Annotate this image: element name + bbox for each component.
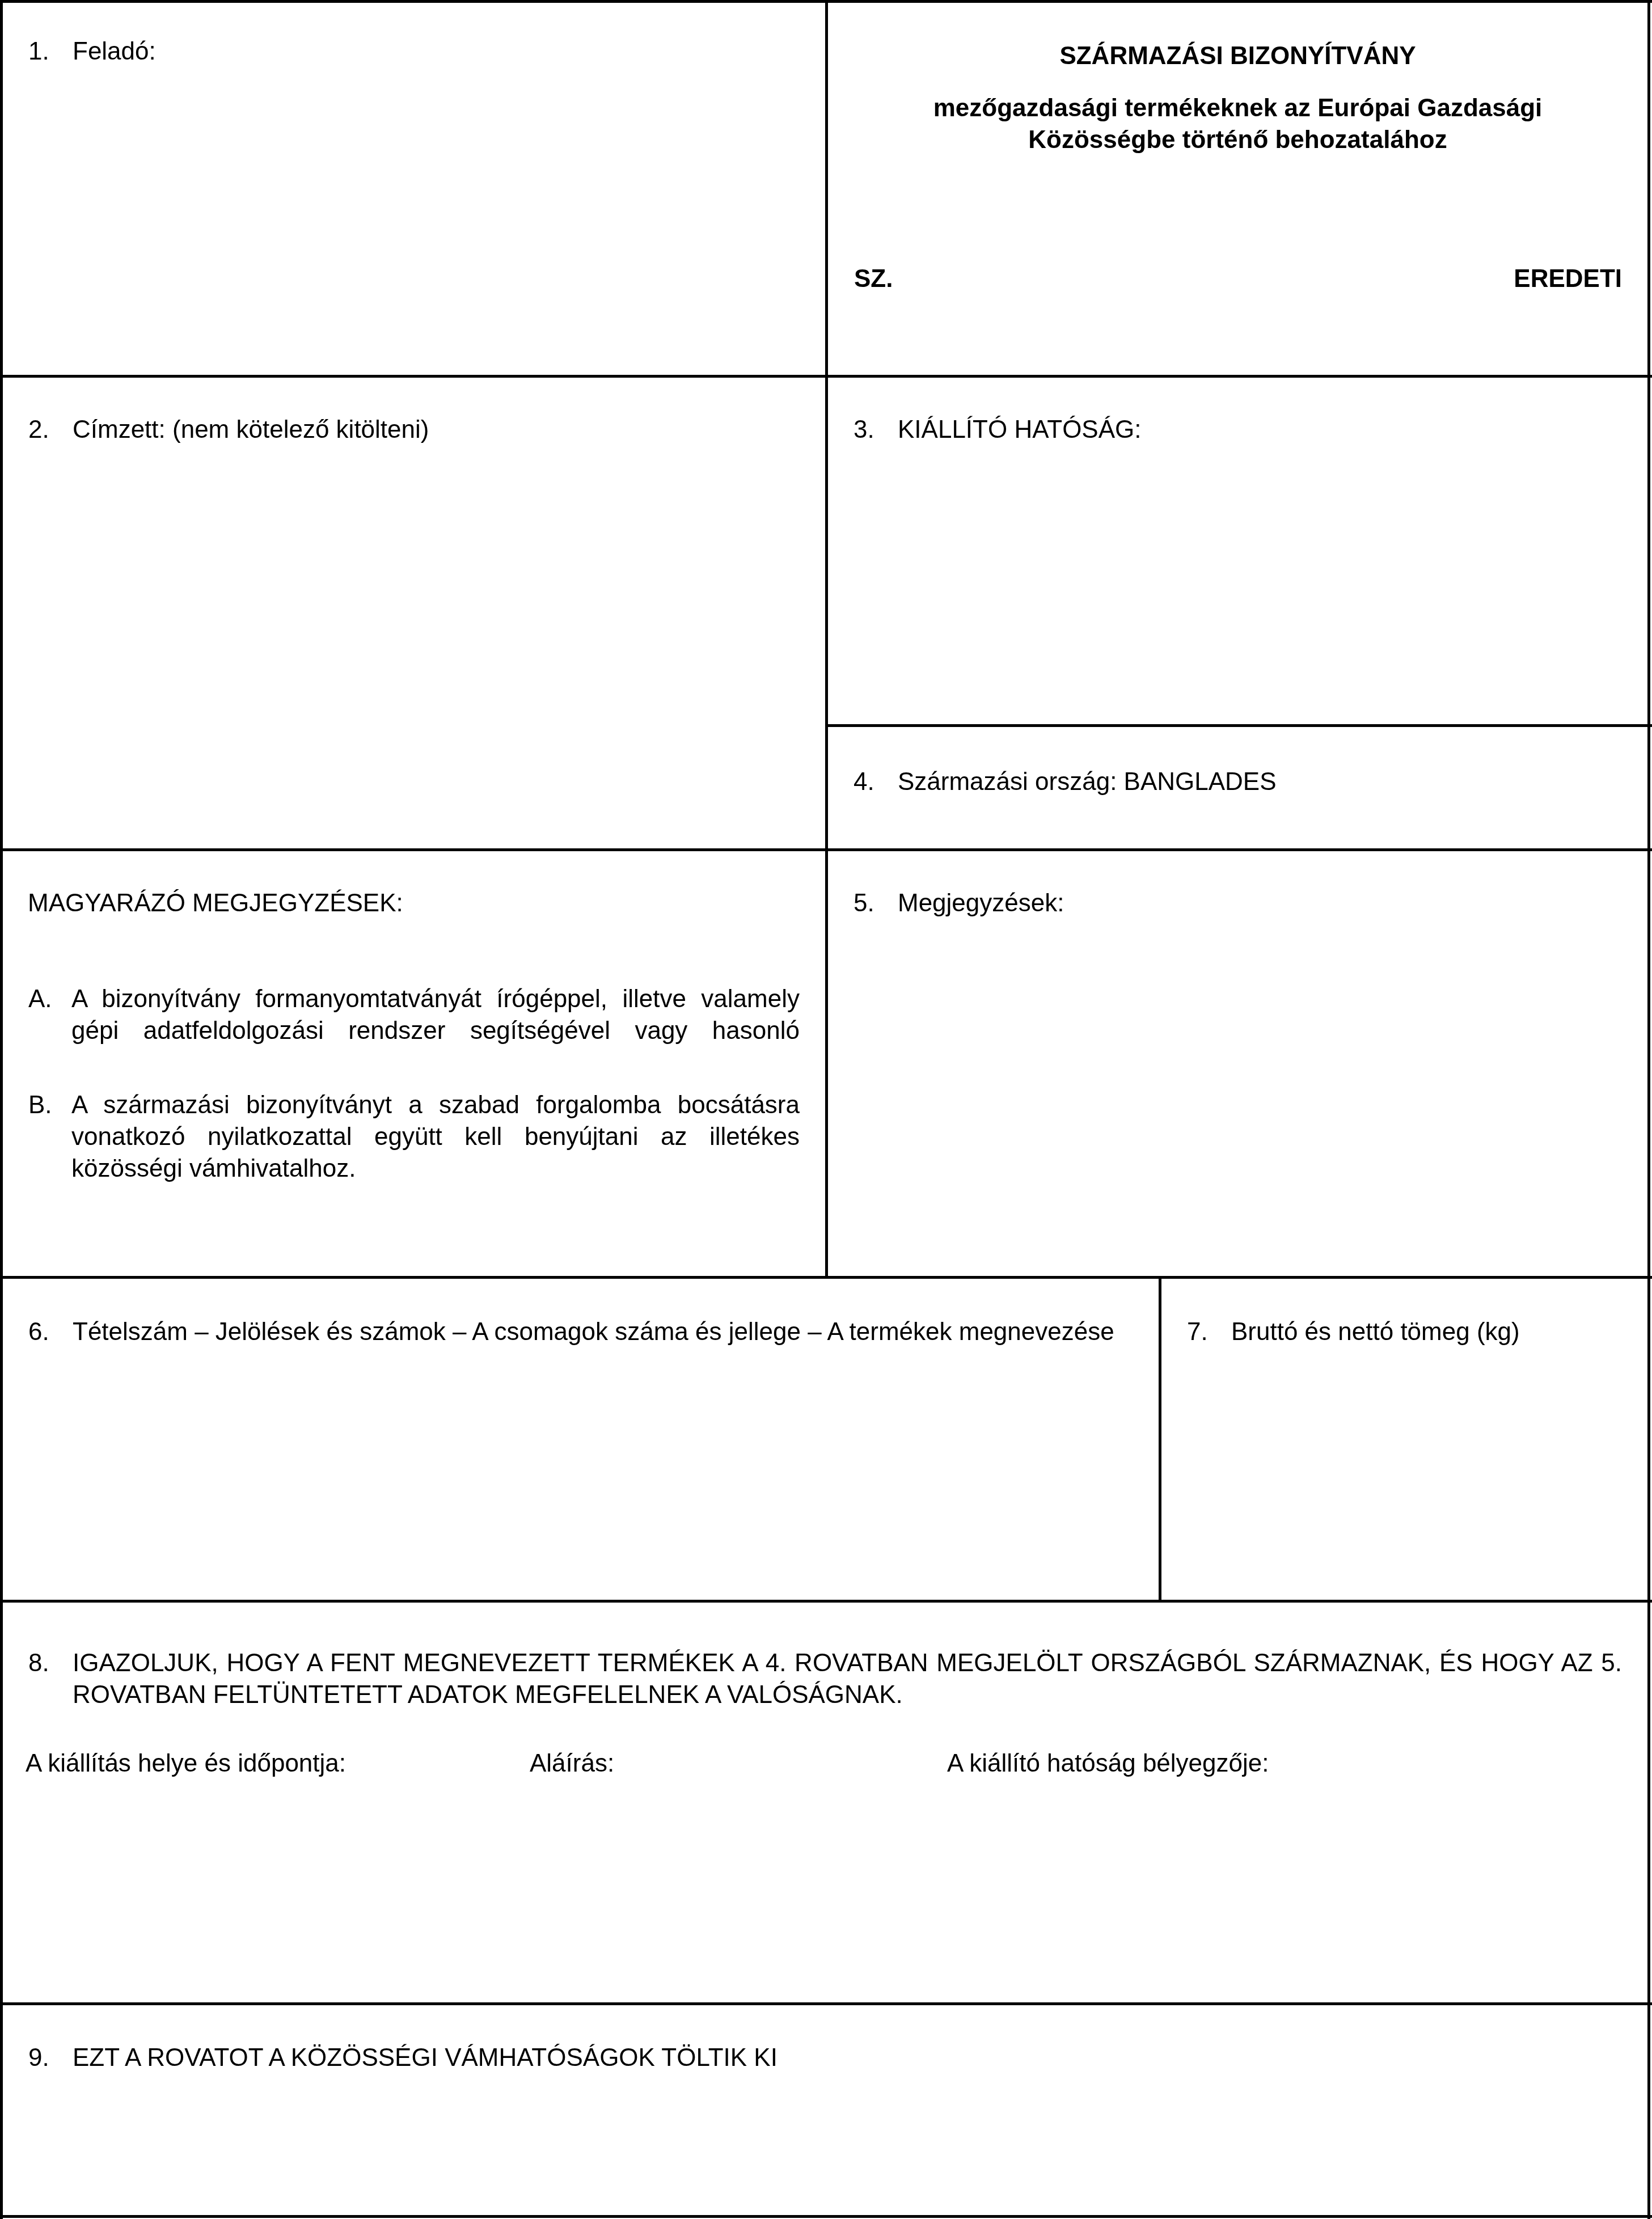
box-label: Bruttó és nettó tömeg (kg) <box>1231 1316 1520 1348</box>
box-4-country-of-origin[interactable]: 4. Származási ország: BANGLADES <box>828 727 1647 848</box>
box-label: Címzett: (nem kötelező kitölteni) <box>73 414 429 446</box>
box-2-consignee[interactable]: 2. Címzett: (nem kötelező kitölteni) <box>3 378 825 848</box>
explanatory-notes: MAGYARÁZÓ MEGJEGYZÉSEK: A. A bizonyítván… <box>3 851 825 1276</box>
note-a: A. A bizonyítvány formanyomtatványát író… <box>28 983 800 1047</box>
box-number: 1. <box>28 36 73 67</box>
box-number: 2. <box>28 414 73 446</box>
box-label: Tételszám – Jelölések és számok – A csom… <box>73 1316 1133 1348</box>
box-9-customs-use[interactable]: 9. EZT A ROVATOT A KÖZÖSSÉGI VÁMHATÓSÁGO… <box>3 2005 1647 2215</box>
certification-statement: IGAZOLJUK, HOGY A FENT MEGNEVEZETT TERMÉ… <box>73 1647 1622 1711</box>
box-1-consignor[interactable]: 1. Feladó: <box>3 3 825 375</box>
notes-heading: MAGYARÁZÓ MEGJEGYZÉSEK: <box>28 887 403 919</box>
box-number: 4. <box>854 766 898 798</box>
box-number: 8. <box>28 1647 73 1711</box>
box-7-gross-net-weight[interactable]: 7. Bruttó és nettó tömeg (kg) <box>1161 1279 1647 1600</box>
place-date-field[interactable]: A kiállítás helye és időpontja: <box>26 1748 346 1780</box>
border-bottom <box>0 2215 1652 2218</box>
box-label: KIÁLLÍTÓ HATÓSÁG: <box>898 414 1142 446</box>
document-subtitle-line-2: Közösségbe történő behozatalához <box>828 124 1647 156</box>
box-number: 5. <box>854 887 898 919</box>
box-8-certification: 8. IGAZOLJUK, HOGY A FENT MEGNEVEZETT TE… <box>3 1603 1647 2002</box>
note-marker: B. <box>28 1089 71 1185</box>
box-6-goods-description[interactable]: 6. Tételszám – Jelölések és számok – A c… <box>3 1279 1159 1600</box>
certificate-number-label: SZ. <box>854 263 893 295</box>
box-number: 9. <box>28 2042 73 2074</box>
box-label: Megjegyzések: <box>898 887 1064 919</box>
box-5-remarks[interactable]: 5. Megjegyzések: <box>828 851 1647 1276</box>
border-right <box>1647 0 1650 2219</box>
box-number: 6. <box>28 1316 73 1348</box>
title-block: SZÁRMAZÁSI BIZONYÍTVÁNY mezőgazdasági te… <box>828 3 1647 375</box>
box-number: 7. <box>1187 1316 1231 1348</box>
note-marker: A. <box>28 983 71 1047</box>
document-subtitle-line-1: mezőgazdasági termékeknek az Európai Gaz… <box>828 92 1647 124</box>
note-text: A bizonyítvány formanyomtatványát írógép… <box>71 983 800 1047</box>
box-label: EZT A ROVATOT A KÖZÖSSÉGI VÁMHATÓSÁGOK T… <box>73 2042 778 2074</box>
certificate-of-origin-form: 1. Feladó: SZÁRMAZÁSI BIZONYÍTVÁNY mezőg… <box>0 0 1652 2219</box>
original-label: EREDETI <box>1514 263 1622 295</box>
box-number: 3. <box>854 414 898 446</box>
note-b: B. A származási bizonyítványt a szabad f… <box>28 1089 800 1185</box>
note-text: A származási bizonyítványt a szabad forg… <box>71 1089 800 1185</box>
signature-field[interactable]: Aláírás: <box>530 1748 614 1780</box>
box-label: Származási ország: BANGLADES <box>898 766 1277 798</box>
box-label: Feladó: <box>73 36 156 67</box>
document-title: SZÁRMAZÁSI BIZONYÍTVÁNY <box>828 40 1647 72</box>
box-3-issuing-authority[interactable]: 3. KIÁLLÍTÓ HATÓSÁG: <box>828 378 1647 724</box>
authority-stamp-field[interactable]: A kiállító hatóság bélyegzője: <box>947 1748 1269 1780</box>
